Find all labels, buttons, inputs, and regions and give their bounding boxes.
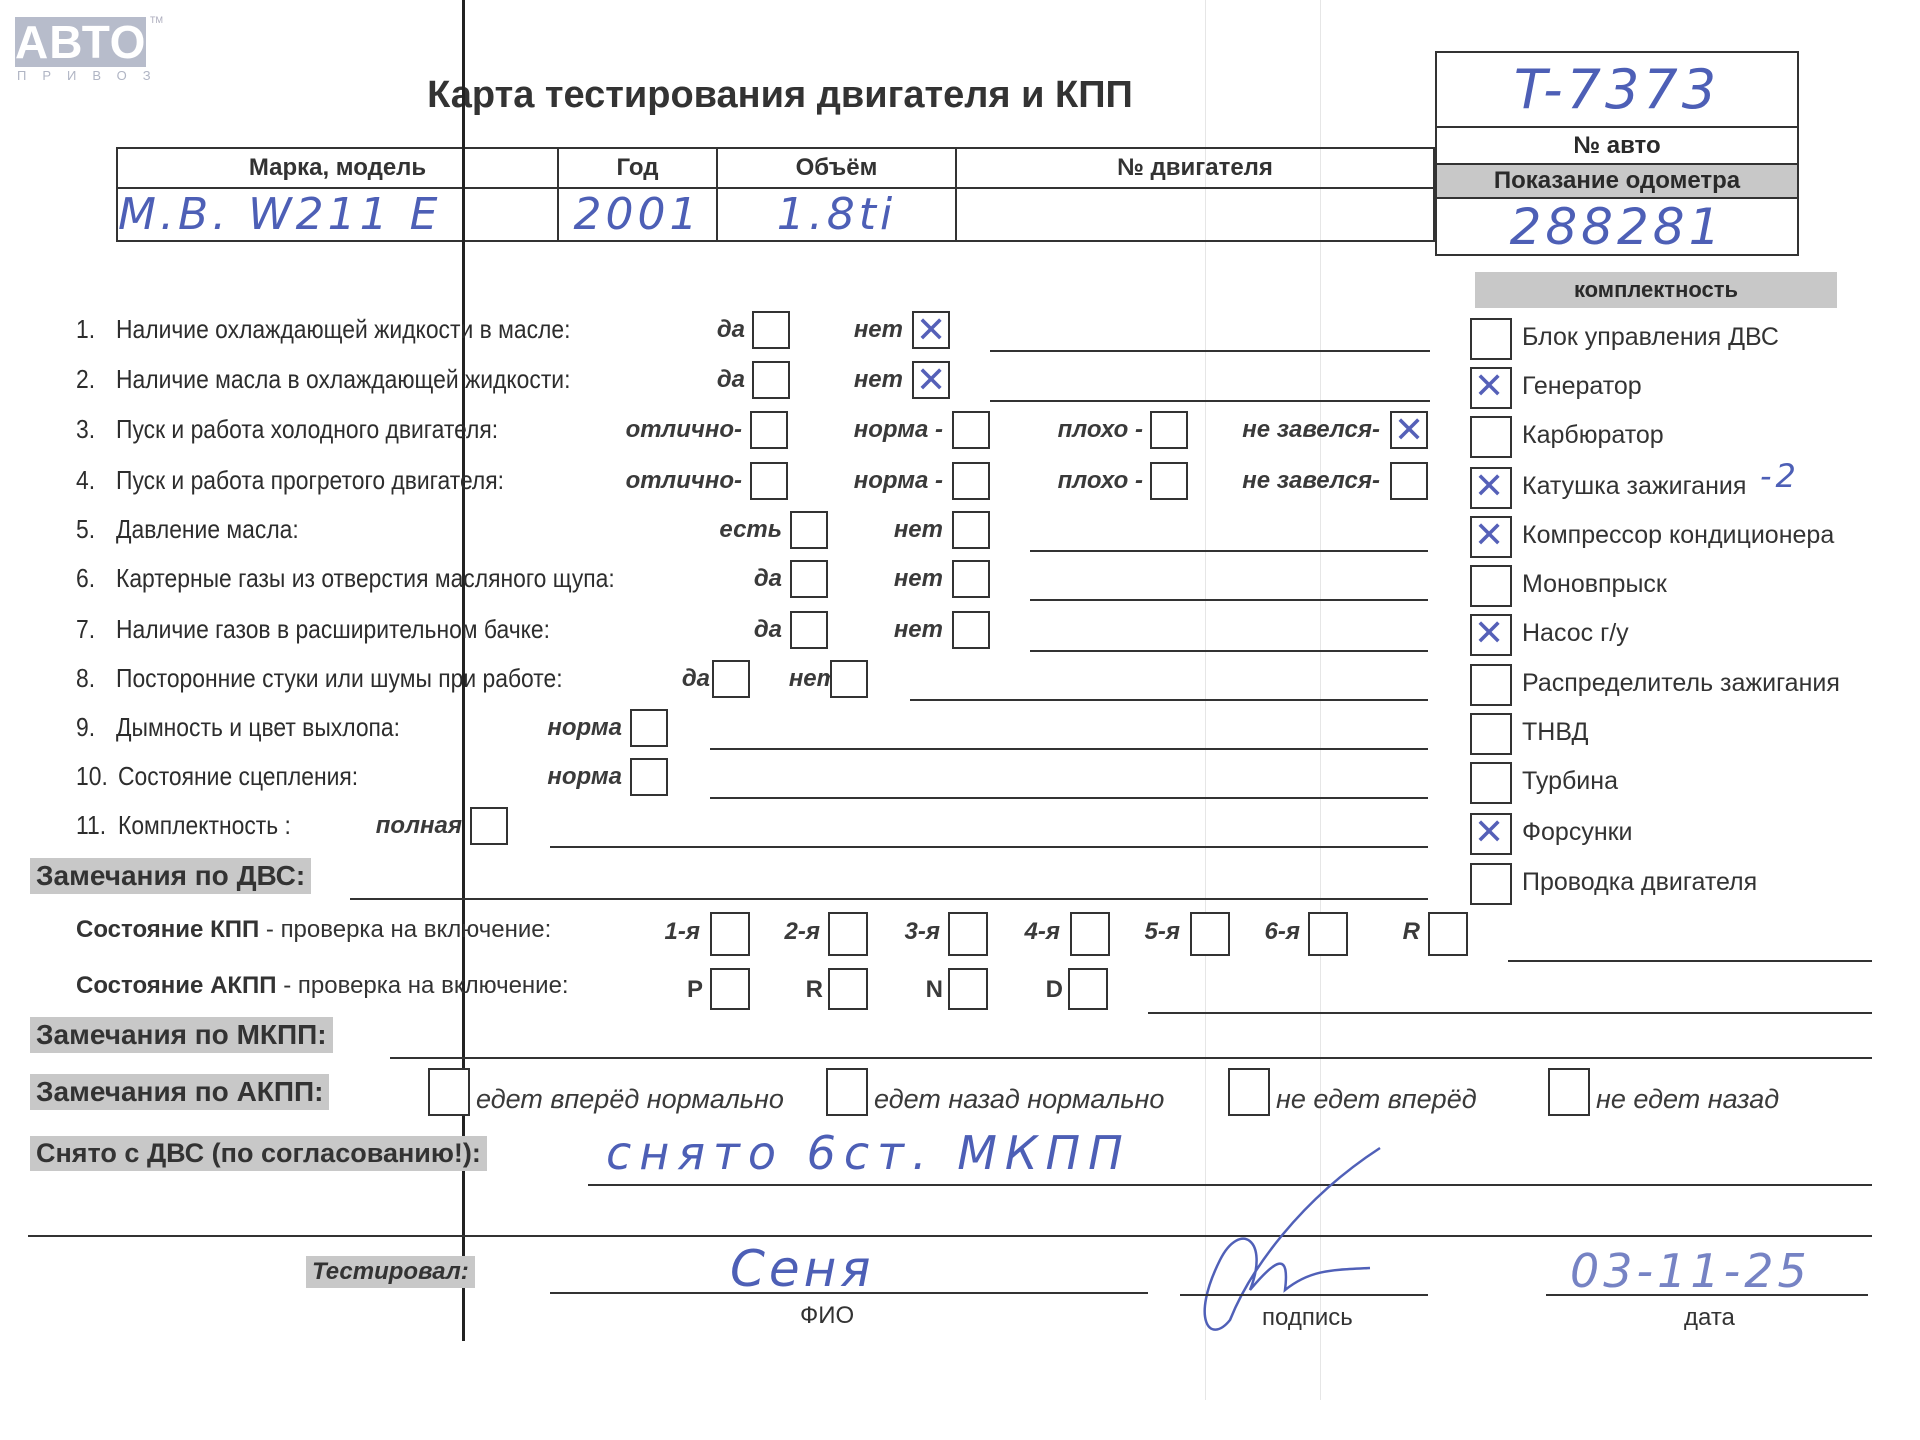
kit-checkbox[interactable] [1470, 467, 1512, 509]
removed-value[interactable]: снято 6ст. МКПП [606, 1126, 1131, 1180]
car-number-label: № авто [1437, 128, 1797, 165]
checkbox[interactable] [952, 611, 990, 649]
column-header-year: Год [558, 148, 717, 188]
auto-gearbox-line[interactable] [1148, 1012, 1872, 1014]
checkbox[interactable] [1390, 411, 1428, 449]
check-label: Наличие масла в охлаждающей жидкости: [116, 364, 570, 395]
auto-remarks-option-label: едет вперёд нормально [476, 1084, 784, 1115]
check-label: Пуск и работа прогретого двигателя: [116, 465, 504, 496]
gear-label: N [926, 976, 943, 1004]
checkbox[interactable] [470, 807, 508, 845]
option-label: да [717, 366, 745, 394]
check-number: 3. [76, 414, 95, 445]
notes-line[interactable] [910, 699, 1428, 701]
check-number: 4. [76, 465, 95, 496]
notes-line[interactable] [1030, 599, 1428, 601]
kit-item-label: Компрессор кондиционера [1522, 521, 1834, 550]
auto-remarks-option-label: не едет назад [1596, 1084, 1779, 1115]
option-label: норма - [854, 416, 943, 444]
gear-checkbox[interactable] [1308, 912, 1348, 956]
gear-label: 3-я [905, 918, 940, 946]
option-label: нет [894, 516, 943, 544]
check-number: 7. [76, 614, 95, 645]
kit-checkbox[interactable] [1470, 367, 1512, 409]
checkbox[interactable] [752, 311, 790, 349]
auto-remarks-option-label: не едет вперёд [1276, 1084, 1477, 1115]
column-header-volume: Объём [717, 148, 956, 188]
notes-line[interactable] [710, 797, 1428, 799]
option-label: отлично- [626, 467, 742, 495]
option-label: нет [854, 316, 903, 344]
manual-gearbox-label: Состояние КПП - проверка на включение: [76, 916, 551, 944]
kit-item-label: Проводка двигателя [1522, 868, 1757, 897]
kit-checkbox[interactable] [1470, 664, 1512, 706]
gear-label: 4-я [1025, 918, 1060, 946]
checkbox[interactable] [952, 462, 990, 500]
vehicle-info-table: Марка, модель Год Объём № двигателя M.B.… [116, 147, 1435, 242]
option-label: норма - [854, 467, 943, 495]
auto-remarks-label: Замечания по АКПП: [30, 1074, 329, 1110]
notes-line[interactable] [990, 400, 1430, 402]
gear-label: D [1046, 976, 1063, 1004]
option-label: да [682, 665, 710, 693]
car-info-box: T-7373 № авто Показание одометра 288281 [1435, 51, 1799, 256]
engine-number-field[interactable] [956, 188, 1434, 241]
gear-label: 5-я [1145, 918, 1180, 946]
notes-line[interactable] [1030, 550, 1428, 552]
check-label: Комплектность : [118, 810, 291, 841]
notes-line[interactable] [550, 846, 1428, 848]
date-field[interactable]: 03-11-25 [1570, 1244, 1811, 1298]
engine-remarks-line[interactable] [350, 898, 1428, 900]
checkbox[interactable] [750, 462, 788, 500]
gear-checkbox[interactable] [828, 912, 868, 956]
kit-item-label: Генератор [1522, 372, 1642, 401]
checkbox[interactable] [830, 660, 868, 698]
option-label: не завелся- [1242, 416, 1380, 444]
check-number: 11. [76, 810, 106, 841]
logo-trademark: TM [150, 15, 163, 25]
option-label: не завелся- [1242, 467, 1380, 495]
option-label: есть [719, 516, 782, 544]
tester-name-field[interactable]: Сеня [730, 1240, 874, 1298]
kit-checkbox[interactable] [1470, 318, 1512, 360]
signature-line [1180, 1294, 1428, 1296]
kit-item-label: Катушка зажигания [1522, 472, 1746, 501]
checkbox[interactable] [952, 511, 990, 549]
odometer-label: Показание одометра [1437, 165, 1797, 199]
checkbox[interactable] [790, 611, 828, 649]
removed-line-2 [28, 1235, 1872, 1237]
kit-checkbox[interactable] [1470, 565, 1512, 607]
option-label: нет [854, 366, 903, 394]
check-number: 10. [76, 761, 108, 792]
gear-checkbox[interactable] [1428, 912, 1468, 956]
auto-remarks-checkbox[interactable] [1228, 1068, 1270, 1116]
kit-checkbox[interactable] [1470, 516, 1512, 558]
kit-item-label: Турбина [1522, 767, 1618, 796]
gear-label: 6-я [1265, 918, 1300, 946]
auto-remarks-option-label: едет назад нормально [874, 1084, 1164, 1115]
check-label: Наличие охлаждающей жидкости в масле: [116, 314, 570, 345]
kit-item-label: Моновпрыск [1522, 570, 1667, 599]
option-label: да [754, 565, 782, 593]
removed-label: Снято с ДВС (по согласованию!): [30, 1136, 487, 1171]
checkbox[interactable] [752, 361, 790, 399]
checkbox[interactable] [750, 411, 788, 449]
check-label: Давление масла: [116, 514, 299, 545]
manual-gearbox-desc: - проверка на включение: [259, 916, 551, 943]
kit-item-label: Блок управления ДВС [1522, 323, 1779, 352]
manual-gearbox-title: Состояние КПП [76, 916, 259, 943]
auto-remarks-checkbox[interactable] [1548, 1068, 1590, 1116]
kit-checkbox[interactable] [1470, 813, 1512, 855]
manual-gearbox-line[interactable] [1508, 960, 1872, 962]
gear-checkbox[interactable] [948, 912, 988, 956]
kit-checkbox[interactable] [1470, 416, 1512, 458]
checkbox[interactable] [912, 311, 950, 349]
option-label: да [754, 616, 782, 644]
notes-line[interactable] [990, 350, 1430, 352]
gear-label: R [806, 976, 823, 1004]
check-label: Посторонние стуки или шумы при работе: [116, 663, 563, 694]
checkbox[interactable] [630, 709, 668, 747]
option-label: отлично- [626, 416, 742, 444]
gear-checkbox[interactable] [710, 912, 750, 956]
check-number: 5. [76, 514, 95, 545]
checkbox[interactable] [790, 511, 828, 549]
date-caption: дата [1684, 1304, 1735, 1332]
check-label: Пуск и работа холодного двигателя: [116, 414, 498, 445]
kit-checkbox[interactable] [1470, 614, 1512, 656]
checkbox[interactable] [952, 560, 990, 598]
kit-item-label: ТНВД [1522, 718, 1588, 747]
checkbox[interactable] [912, 361, 950, 399]
kit-item-label: Карбюратор [1522, 421, 1664, 450]
date-line [1546, 1294, 1868, 1296]
checkbox[interactable] [1150, 462, 1188, 500]
odometer-field[interactable]: 288281 [1437, 199, 1797, 256]
gear-checkbox[interactable] [1068, 968, 1108, 1010]
check-number: 9. [76, 712, 95, 743]
kit-checkbox[interactable] [1470, 863, 1512, 905]
gear-checkbox[interactable] [828, 968, 868, 1010]
kit-item-label: Форсунки [1522, 818, 1633, 847]
auto-gearbox-label: Состояние АКПП - проверка на включение: [76, 972, 569, 1000]
kit-checkbox[interactable] [1470, 762, 1512, 804]
option-label: нет [894, 616, 943, 644]
gear-checkbox[interactable] [710, 968, 750, 1010]
checkbox[interactable] [1150, 411, 1188, 449]
check-number: 6. [76, 563, 95, 594]
kit-checkbox[interactable] [1470, 713, 1512, 755]
option-label: да [717, 316, 745, 344]
option-label: плохо - [1058, 416, 1143, 444]
engine-remarks-label: Замечания по ДВС: [30, 858, 311, 894]
auto-remarks-checkbox[interactable] [826, 1068, 868, 1116]
checkbox[interactable] [630, 758, 668, 796]
auto-gearbox-title: Состояние АКПП [76, 972, 277, 999]
logo: АВТО [15, 17, 146, 67]
auto-remarks-checkbox[interactable] [428, 1068, 470, 1116]
check-label: Картерные газы из отверстия масляного щу… [116, 563, 615, 594]
option-label: нет [894, 565, 943, 593]
option-label: полная [376, 812, 462, 840]
year-field[interactable]: 2001 [558, 188, 717, 241]
notes-line[interactable] [1030, 650, 1428, 652]
kit-header: комплектность [1475, 272, 1837, 308]
car-number-field[interactable]: T-7373 [1437, 53, 1797, 128]
volume-field[interactable]: 1.8ti [717, 188, 956, 241]
tested-by-label: Тестировал: [306, 1256, 475, 1288]
gear-label: 1-я [665, 918, 700, 946]
check-label: Наличие газов в расширительном бачке: [116, 614, 550, 645]
option-label: плохо - [1058, 467, 1143, 495]
gear-label: R [1403, 918, 1420, 946]
gear-checkbox[interactable] [948, 968, 988, 1010]
check-label: Дымность и цвет выхлопа: [116, 712, 400, 743]
checkbox[interactable] [1390, 462, 1428, 500]
page-title: Карта тестирования двигателя и КПП [0, 74, 1560, 117]
gear-checkbox[interactable] [1190, 912, 1230, 956]
kit-item-note: -2 [1760, 457, 1800, 495]
check-label: Состояние сцепления: [118, 761, 358, 792]
column-header-engine-number: № двигателя [956, 148, 1434, 188]
notes-line[interactable] [710, 748, 1428, 750]
gear-label: P [687, 976, 703, 1004]
column-header-make-model: Марка, модель [117, 148, 558, 188]
kit-item-label: Насос г/у [1522, 619, 1629, 648]
check-number: 8. [76, 663, 95, 694]
checkbox[interactable] [790, 560, 828, 598]
name-caption: ФИО [800, 1302, 854, 1330]
kit-item-label: Распределитель зажигания [1522, 669, 1840, 698]
make-model-field[interactable]: M.B. W211 E [117, 188, 558, 241]
check-number: 1. [76, 314, 95, 345]
option-label: норма [547, 714, 622, 742]
check-number: 2. [76, 364, 95, 395]
checkbox[interactable] [712, 660, 750, 698]
manual-remarks-label: Замечания по МКПП: [30, 1017, 333, 1053]
auto-gearbox-desc: - проверка на включение: [277, 972, 569, 999]
gear-label: 2-я [785, 918, 820, 946]
signature-caption: подпись [1262, 1304, 1353, 1332]
name-line [550, 1292, 1148, 1294]
checkbox[interactable] [952, 411, 990, 449]
option-label: норма [547, 763, 622, 791]
manual-remarks-line[interactable] [390, 1057, 1872, 1059]
gear-checkbox[interactable] [1070, 912, 1110, 956]
